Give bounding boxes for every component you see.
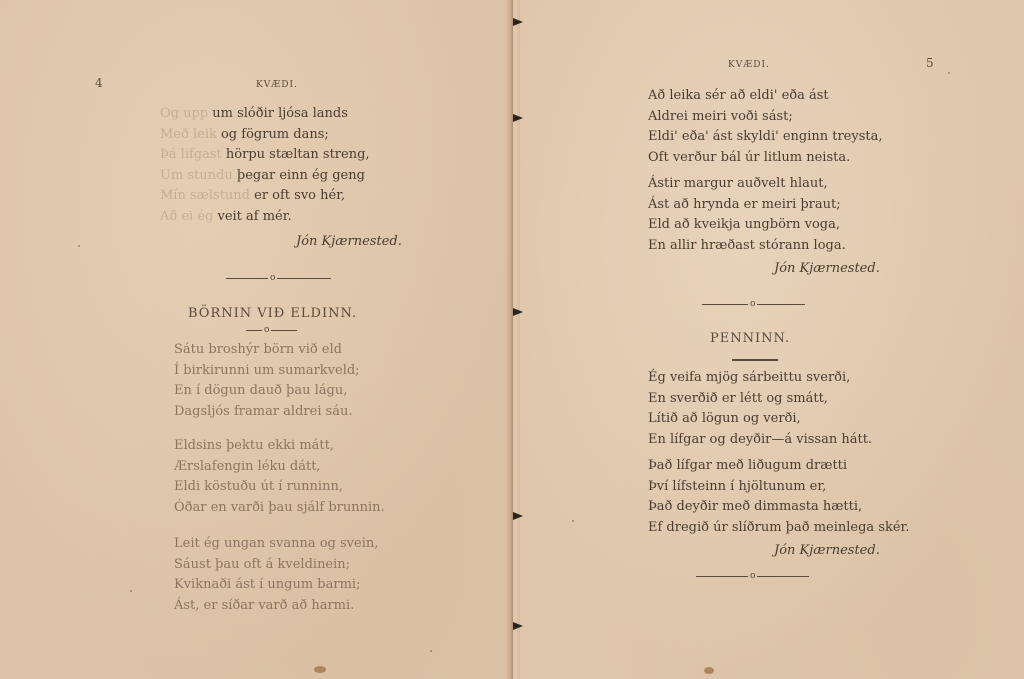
verse-line: Að leika sér að eldi' eða ást (648, 86, 883, 107)
ornament-circle: o (264, 326, 269, 335)
verse-line: En lífgar og deyðir—á vissan hátt. (648, 430, 872, 451)
rule (246, 330, 262, 331)
verse-line: Ást að hrynda er meiri þraut; (648, 195, 846, 216)
signature: Jón Kjærnested. (774, 261, 880, 276)
rule (757, 576, 809, 577)
verse-line: Mín sælstund er oft svo hér, (160, 186, 370, 207)
faded-text: Og upp (160, 106, 212, 121)
verse-line: Eldsins þektu ekki mátt, (174, 436, 385, 457)
verse-line: Það lífgar með liðugum drætti (648, 456, 909, 477)
verse-text: veit af mér. (217, 209, 291, 224)
paper-speck (78, 245, 80, 247)
stanza: Að leika sér að eldi' eða ást Aldrei mei… (648, 86, 883, 168)
running-head: KVÆDI. (728, 60, 770, 70)
verse-line: Eld að kveikja ungbörn voga, (648, 215, 846, 236)
stanza: Sátu broshýr börn við eld Í birkirunni u… (174, 340, 360, 422)
poem-title: PENNINN. (710, 331, 790, 346)
book-spine (506, 0, 520, 679)
verse-line: Í birkirunni um sumarkveld; (174, 361, 360, 382)
ornament-divider: o (696, 572, 809, 581)
paper-speck (948, 72, 950, 74)
rule (277, 278, 331, 279)
faded-text: Um stundu (160, 168, 237, 183)
verse-text: um slóðir ljósa lands (212, 106, 348, 121)
verse-line: En allir hræðast stórann loga. (648, 236, 846, 257)
verse-line: Ástir margur auðvelt hlaut, (648, 174, 846, 195)
page-number: 4 (95, 76, 103, 90)
book-spread: 4 KVÆDI. Og upp um slóðir ljósa lands Me… (0, 0, 1024, 679)
verse-line: Leit ég ungan svanna og svein, (174, 534, 378, 555)
ink-stain (314, 666, 326, 673)
stanza: Ástir margur auðvelt hlaut, Ást að hrynd… (648, 174, 846, 256)
ornament-circle: o (750, 300, 755, 309)
verse-line: Ærslafengin léku dátt, (174, 457, 385, 478)
paper-speck (130, 590, 132, 592)
verse-line: Þá lifgast hörpu stæltan streng, (160, 145, 370, 166)
verse-line: Því lífsteinn í hjöltunum er, (648, 477, 909, 498)
faded-text: Þá lifgast (160, 147, 226, 162)
poem-ending: Og upp um slóðir ljósa lands Með leik og… (160, 104, 370, 227)
rule (696, 576, 748, 577)
faded-text: Með leik (160, 127, 221, 142)
verse-line: Sáust þau oft á kveldinein; (174, 555, 378, 576)
verse-line: Aldrei meiri voði sást; (648, 107, 883, 128)
poem-title: BÖRNIN VIÐ ELDINN. (188, 306, 357, 321)
verse-line: Ef dregið úr slíðrum það meinlega skér. (648, 518, 909, 539)
verse-line: Og upp um slóðir ljósa lands (160, 104, 370, 125)
rule (271, 330, 297, 331)
verse-line: Ást, er síðar varð að harmi. (174, 596, 378, 617)
faded-text: Að ei ég (160, 209, 217, 224)
verse-line: Lítið að lögun og verði, (648, 409, 872, 430)
rule (757, 304, 805, 305)
left-page: 4 KVÆDI. Og upp um slóðir ljósa lands Me… (0, 0, 512, 679)
ink-stain (704, 667, 714, 674)
verse-text: er oft svo hér, (254, 188, 345, 203)
ornament-divider: o (702, 300, 805, 309)
title-ornament: o (246, 326, 297, 335)
verse-text: hörpu stæltan streng, (226, 147, 370, 162)
verse-line: En í dögun dauð þau lágu, (174, 381, 360, 402)
ornament-circle: o (270, 274, 275, 283)
verse-line: Dagsljós framar aldrei sáu. (174, 402, 360, 423)
page-number: 5 (926, 56, 934, 70)
rule (226, 278, 268, 279)
stanza: Leit ég ungan svanna og svein, Sáust þau… (174, 534, 378, 616)
verse-line: Eldi köstuðu út í runninn, (174, 477, 385, 498)
faded-text: Mín sælstund (160, 188, 254, 203)
verse-line: Ég veifa mjög sárbeittu sverði, (648, 368, 872, 389)
title-rule (732, 359, 778, 361)
verse-line: Kviknaði ást í ungum barmi; (174, 575, 378, 596)
rule (702, 304, 748, 305)
verse-text: og fögrum dans; (221, 127, 329, 142)
verse-line: Eldi' eða' ást skyldi' enginn treysta, (648, 127, 883, 148)
stanza: Ég veifa mjög sárbeittu sverði, En sverð… (648, 368, 872, 450)
verse-line: Oft verður bál úr litlum neista. (648, 148, 883, 169)
signature: Jón Kjærnested. (296, 234, 402, 249)
verse-line: En sverðið er létt og smátt, (648, 389, 872, 410)
paper-speck (430, 650, 432, 652)
verse-line: Um stundu þegar einn ég geng (160, 166, 370, 187)
verse-line: Að ei ég veit af mér. (160, 207, 370, 228)
verse-line: Sátu broshýr börn við eld (174, 340, 360, 361)
verse-line: Með leik og fögrum dans; (160, 125, 370, 146)
stanza: Eldsins þektu ekki mátt, Ærslafengin lék… (174, 436, 385, 518)
ornament-divider: o (226, 274, 331, 283)
right-page: KVÆDI. 5 Að leika sér að eldi' eða ást A… (512, 0, 1024, 679)
ornament-circle: o (750, 572, 755, 581)
paper-speck (572, 520, 574, 522)
signature: Jón Kjærnested. (774, 543, 880, 558)
verse-line: Óðar en varði þau sjálf brunnin. (174, 498, 385, 519)
verse-text: þegar einn ég geng (237, 168, 365, 183)
stanza: Það lífgar með liðugum drætti Því lífste… (648, 456, 909, 538)
verse-line: Það deyðir með dimmasta hætti, (648, 497, 909, 518)
running-head: KVÆDI. (256, 80, 298, 90)
